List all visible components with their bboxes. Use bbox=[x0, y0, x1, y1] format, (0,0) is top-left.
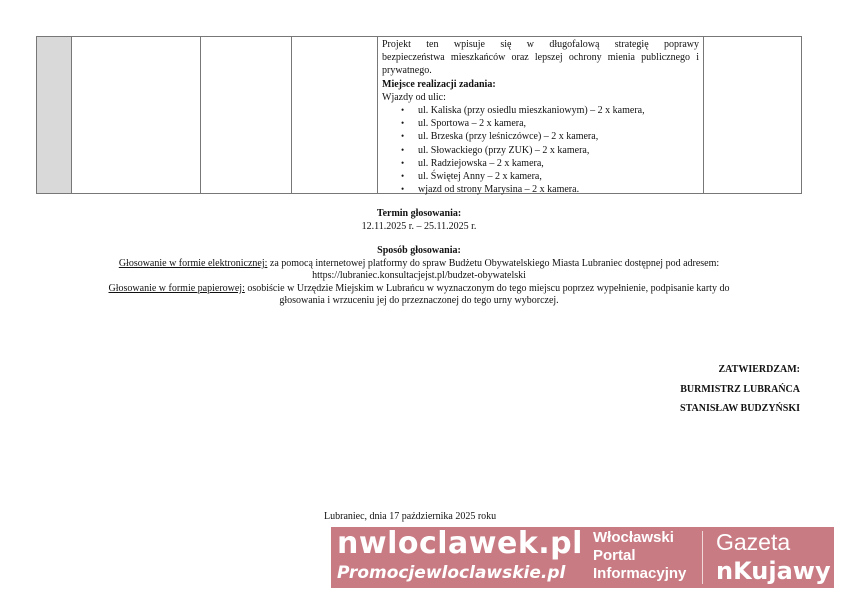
paper-voting-label: Głosowanie w formie papierowej: bbox=[109, 283, 245, 294]
location-text: ul. Radziejowska – 2 x kamera, bbox=[418, 158, 544, 169]
bullet-icon: • bbox=[401, 130, 404, 143]
bullet-icon: • bbox=[401, 117, 404, 130]
electronic-voting-text: za pomocą internetowej platformy do spra… bbox=[267, 258, 719, 269]
location-text: ul. Słowackiego (przy ZUK) – 2 x kamera, bbox=[418, 145, 589, 156]
electronic-voting-line: Głosowanie w formie elektronicznej: za p… bbox=[36, 258, 802, 271]
location-text: ul. Kaliska (przy osiedlu mieszkaniowym)… bbox=[418, 105, 645, 116]
voting-term-heading: Termin głosowania: bbox=[36, 208, 802, 221]
bullet-icon: • bbox=[401, 157, 404, 170]
paper-voting-line: Głosowanie w formie papierowej: osobiści… bbox=[36, 283, 802, 296]
location-text: ul. Sportowa – 2 x kamera, bbox=[418, 118, 526, 129]
electronic-voting-url[interactable]: https://lubraniec.konsultacjejst.pl/budz… bbox=[36, 270, 802, 283]
location-heading: Miejsce realizacji zadania: bbox=[382, 78, 699, 91]
table-cell-col4 bbox=[292, 37, 378, 193]
banner-sub-site: Promocjewloclawskie.pl bbox=[337, 562, 565, 584]
banner-gazeta: Gazeta bbox=[716, 528, 790, 556]
approval-name: STANISŁAW BUDZYŃSKI bbox=[680, 399, 800, 419]
bullet-icon: • bbox=[401, 183, 404, 196]
paper-voting-text: osobiście w Urzędzie Miejskim w Lubrańcu… bbox=[245, 283, 730, 294]
list-item: •ul. Świętej Anny – 2 x kamera, bbox=[418, 170, 699, 183]
banner-portal-line3: Informacyjny bbox=[593, 565, 686, 583]
table-cell-cost bbox=[704, 37, 801, 193]
list-item: •ul. Sportowa – 2 x kamera, bbox=[418, 117, 699, 130]
table-cell-description: Projekt ten wpisuje się w długofalową st… bbox=[378, 37, 704, 193]
banner-main-site: nwloclawek.pl bbox=[337, 527, 583, 561]
description-line1: Projekt ten wpisuje się w długofalową st… bbox=[382, 38, 699, 51]
banner-portal-text: Włocławski Portal Informacyjny bbox=[593, 529, 686, 583]
list-item: •ul. Brzeska (przy leśniczówce) – 2 x ka… bbox=[418, 130, 699, 143]
table-cell-index bbox=[37, 37, 72, 193]
location-text: wjazd od strony Marysina – 2 x kamera. bbox=[418, 184, 579, 195]
banner-portal-line1: Włocławski bbox=[593, 529, 686, 547]
bullet-icon: • bbox=[401, 144, 404, 157]
description-text: bezpieczeństwa mieszkańców oraz lepszej … bbox=[382, 51, 699, 77]
bullet-icon: • bbox=[401, 104, 404, 117]
list-item: •ul. Słowackiego (przy ZUK) – 2 x kamera… bbox=[418, 144, 699, 157]
banner-portal-line2: Portal bbox=[593, 547, 686, 565]
banner-divider bbox=[702, 531, 703, 584]
voting-term-section: Termin głosowania: 12.11.2025 r. – 25.11… bbox=[36, 208, 802, 233]
location-text: ul. Świętej Anny – 2 x kamera, bbox=[418, 171, 542, 182]
table-cell-col3 bbox=[201, 37, 292, 193]
voting-method-section: Sposób głosowania: Głosowanie w formie e… bbox=[36, 245, 802, 308]
paper-voting-text-continued: głosowania i wrzuceniu jej do przeznaczo… bbox=[36, 295, 802, 308]
list-item: •wjazd od strony Marysina – 2 x kamera. bbox=[418, 183, 699, 196]
place-date: Lubraniec, dnia 17 października 2025 rok… bbox=[324, 511, 496, 522]
voting-method-heading: Sposób głosowania: bbox=[36, 245, 802, 258]
list-item: •ul. Kaliska (przy osiedlu mieszkaniowym… bbox=[418, 104, 699, 117]
location-text: ul. Brzeska (przy leśniczówce) – 2 x kam… bbox=[418, 131, 598, 142]
approval-label: ZATWIERDZAM: bbox=[680, 360, 800, 380]
list-item: •ul. Radziejowska – 2 x kamera, bbox=[418, 157, 699, 170]
table-cell-name bbox=[72, 37, 201, 193]
project-table: Projekt ten wpisuje się w długofalową st… bbox=[36, 36, 802, 194]
locations-list: •ul. Kaliska (przy osiedlu mieszkaniowym… bbox=[382, 104, 699, 196]
electronic-voting-label: Głosowanie w formie elektronicznej: bbox=[119, 258, 268, 269]
locations-intro: Wjazdy od ulic: bbox=[382, 91, 699, 104]
voting-term-dates: 12.11.2025 r. – 25.11.2025 r. bbox=[36, 221, 802, 234]
approval-title: BURMISTRZ LUBRAŃCA bbox=[680, 380, 800, 400]
watermark-banner[interactable]: nwloclawek.pl Promocjewloclawskie.pl Wło… bbox=[331, 527, 834, 588]
approval-block: ZATWIERDZAM: BURMISTRZ LUBRAŃCA STANISŁA… bbox=[680, 360, 800, 419]
banner-kujawy: nKujawy bbox=[716, 556, 831, 586]
bullet-icon: • bbox=[401, 170, 404, 183]
